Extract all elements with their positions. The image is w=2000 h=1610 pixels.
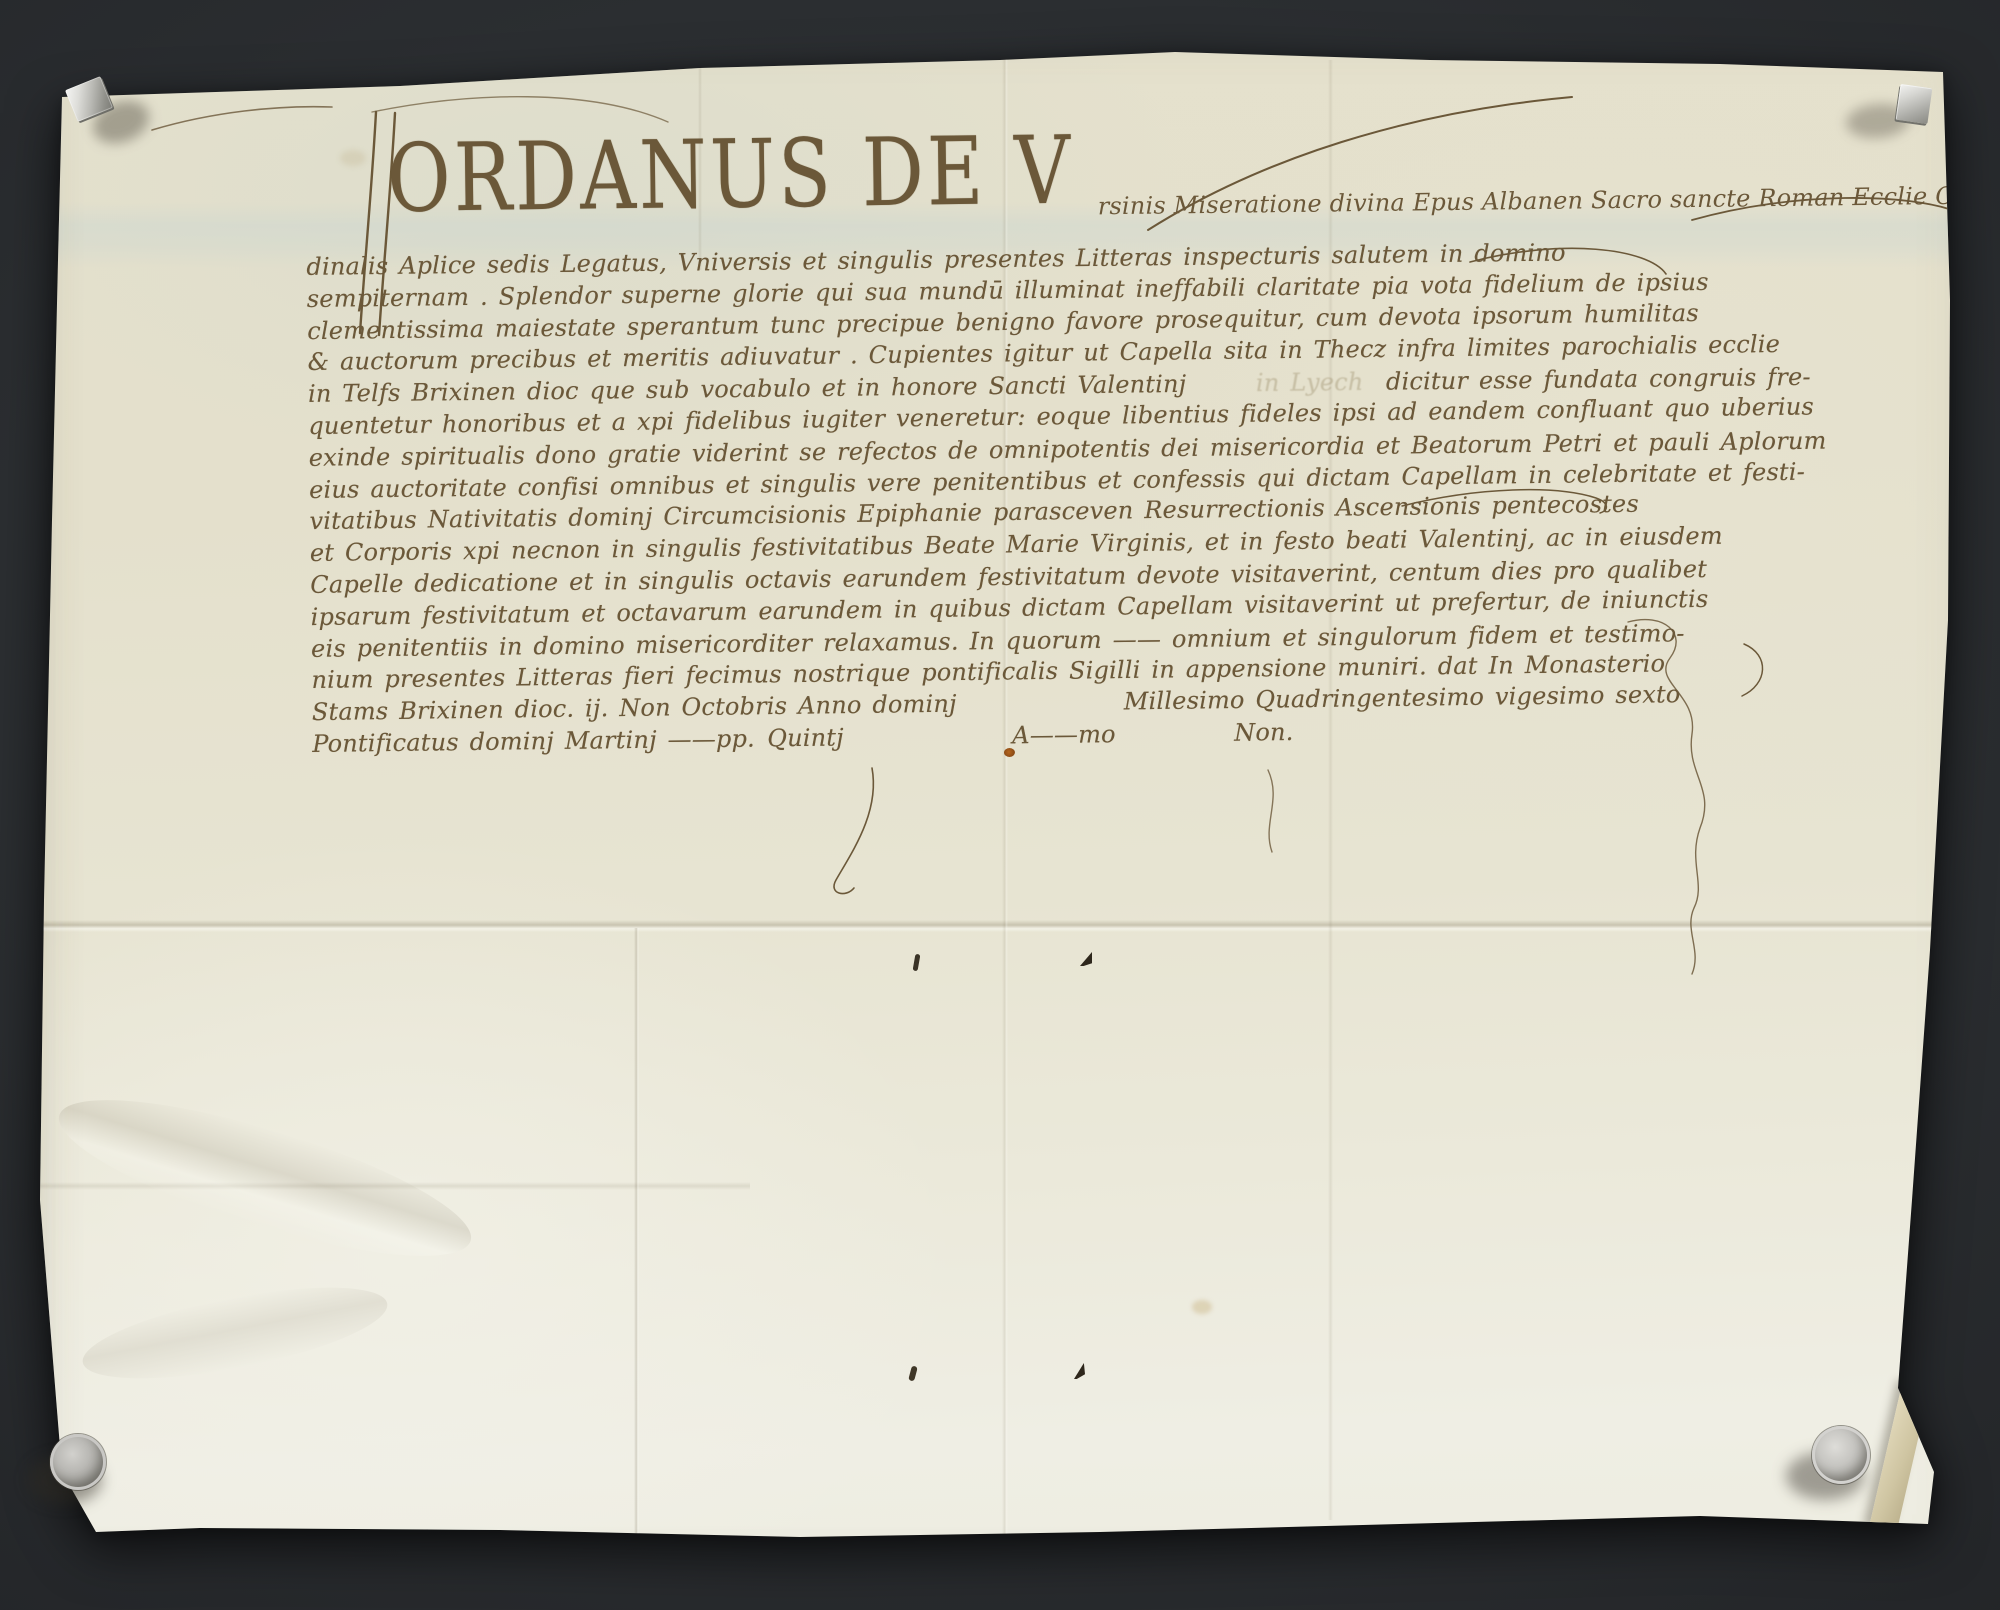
square-tack-top-right — [1896, 84, 1933, 124]
seal-slit — [908, 1365, 918, 1381]
parchment: ORDANUS DE V rsinis Miseratione divina E… — [0, 0, 2000, 1610]
pen-flourish — [372, 97, 668, 122]
wrinkle — [76, 1269, 394, 1397]
seal-slit — [1080, 952, 1092, 966]
photo-board: ORDANUS DE V rsinis Miseratione divina E… — [0, 0, 2000, 1610]
manuscript-fragment: in Lyech — [1256, 367, 1364, 400]
wrinkle — [45, 1069, 484, 1287]
manuscript-fragment: A——mo — [1012, 719, 1116, 752]
manuscript-fragment: Quintj — [767, 722, 844, 755]
parchment-wrap: ORDANUS DE V rsinis Miseratione divina E… — [0, 0, 2000, 1610]
pen-flourish — [834, 768, 873, 894]
horizontal-fold — [0, 920, 2000, 932]
round-tack-bottom-right — [1812, 1426, 1870, 1484]
manuscript-fragment: Non. — [1234, 717, 1294, 750]
opening-line: ORDANUS DE V rsinis Miseratione divina E… — [305, 132, 1756, 252]
vertical-fold — [634, 928, 639, 1534]
stain — [1192, 1300, 1212, 1314]
manuscript-lines: dinalis Aplice sedis Legatus, Vniversis … — [306, 234, 1762, 760]
pen-flourish — [152, 107, 332, 130]
manuscript-fragment: Pontificatus dominj Martinj ——pp. — [312, 724, 755, 761]
folded-edge — [1869, 1379, 1930, 1531]
pen-flourish — [1268, 770, 1273, 852]
seal-slit — [1074, 1363, 1085, 1379]
seal-slit — [913, 954, 921, 972]
opening-large-script: ORDANUS DE V — [387, 125, 1074, 227]
round-tack-bottom-left — [50, 1434, 106, 1490]
manuscript-text: ORDANUS DE V rsinis Miseratione divina E… — [305, 132, 1762, 760]
